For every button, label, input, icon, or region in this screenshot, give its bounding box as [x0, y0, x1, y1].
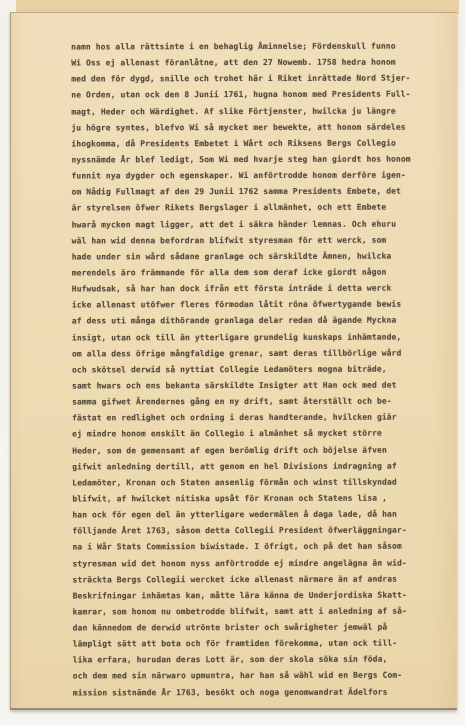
text-line: lämpligt sätt att bota och för framtiden… [73, 636, 418, 653]
text-line: nyssnämde År blef ledigt, Som Wi med hva… [71, 152, 416, 169]
text-line: om alla dess öfrige mångfaldige grenar, … [72, 345, 417, 362]
text-line: magt, Heder och Wärdighet. Af slike Fört… [71, 103, 416, 120]
text-line: kamrar, som honom nu ombetrodde blifwit,… [73, 603, 418, 620]
text-line: fästat en redlighet och ordning i deras … [72, 410, 417, 427]
text-line: och skötsel derwid så nyttiat Collegie L… [72, 361, 417, 378]
text-line: ne Orden, utan ock den 8 Junii 1761, hug… [71, 87, 416, 104]
text-line: är styrelsen öfwer Rikets Bergslager i a… [72, 200, 417, 217]
text-line: Hufwudsak, så har han dock ifrån ett för… [72, 281, 417, 298]
text-line: om Nådig Fullmagt af den 29 Junii 1762 s… [72, 184, 417, 201]
text-line: gifwit anledning dertill, att genom en h… [72, 458, 417, 475]
document-page: namn hos alla rättsinte i en behaglig Åm… [10, 12, 457, 710]
text-line: samma gifwet Ärendernes gång en ny drift… [72, 394, 417, 411]
text-line: af dess uti många dithörande granlaga de… [72, 313, 417, 330]
text-line: hwarå mycken magt ligger, att det i säkr… [72, 216, 417, 233]
text-line: namn hos alla rättsinte i en behaglig Åm… [71, 39, 416, 56]
text-line: blifwit, af hwilcket nitiska upsåt för K… [72, 490, 417, 507]
text-line: samt hwars och ens bekanta särskildte In… [72, 378, 417, 395]
text-line: fölljande Året 1763, såsom detta Collegi… [72, 523, 417, 540]
scanned-document-background: namn hos alla rättsinte i en behaglig Åm… [0, 0, 465, 725]
text-line: na i Wår Stats Commission biwistade. I ö… [72, 539, 417, 556]
text-line: insigt, utan ock till än ytterligare gru… [72, 329, 417, 346]
text-line: sträckta Bergs Collegii wercket icke all… [73, 571, 418, 588]
text-line: hade under sin wård sådane granlage och … [72, 248, 417, 265]
typewritten-text-block: namn hos alla rättsinte i en behaglig Åm… [71, 39, 418, 702]
text-line: Heder, som de gemensamt af egen berömlig… [72, 442, 417, 459]
text-line: lika erfara, hurudan deras Lott är, som … [73, 652, 418, 669]
text-line: mission sistnämde År 1763, besökt och no… [73, 684, 418, 701]
text-line: Ledamöter, Kronan och Staten ansenlig fö… [72, 474, 417, 491]
text-line: wäl han wid denna befordran blifwit styr… [72, 232, 417, 249]
text-line: Wi Oss ej allenast föranlåtne, att den 2… [71, 55, 416, 72]
text-line: funnit nya dygder och egenskaper. Wi anf… [71, 168, 416, 185]
text-line: Beskrifningar inhämtas kan, måtte lära k… [73, 587, 418, 604]
text-line: ihogkomma, då Presidents Embetet i Wårt … [71, 135, 416, 152]
text-line: icke allenast utöfwer fleres förmodan lå… [72, 297, 417, 314]
text-line: ej mindre honom enskilt än Collegio i al… [72, 426, 417, 443]
text-line: han ock för egen del än ytterligare wede… [72, 507, 417, 524]
text-line: dan kännedom de derwid utrönte brister o… [73, 620, 418, 637]
text-line: ju högre syntes, blefvo Wi så mycket mer… [71, 119, 416, 136]
text-line: och dem med sin närwaro upmuntra, har ha… [73, 668, 418, 685]
text-line: styresman wid det honom nyss anförtrodde… [72, 555, 417, 572]
text-line: merendels äro främmande för alla dem som… [72, 265, 417, 282]
text-line: med den för dygd, snille och trohet här … [71, 71, 416, 88]
